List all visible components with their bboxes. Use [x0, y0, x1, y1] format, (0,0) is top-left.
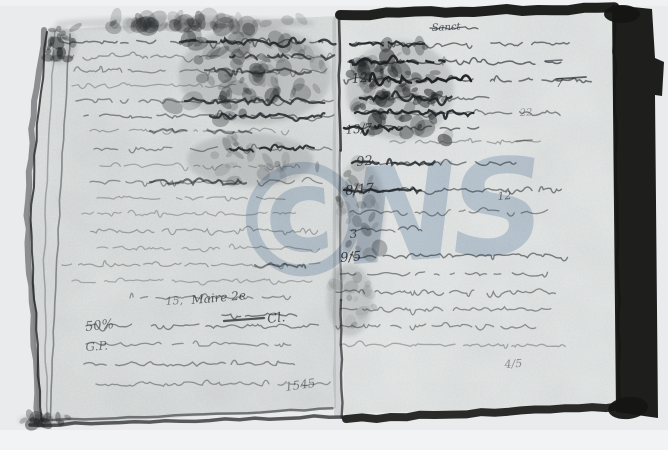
manuscript-photo: 15,Maire 2eCl.50%G.P.1545Sanct1272213/79…	[0, 0, 668, 450]
notebook-illustration	[0, 0, 668, 450]
